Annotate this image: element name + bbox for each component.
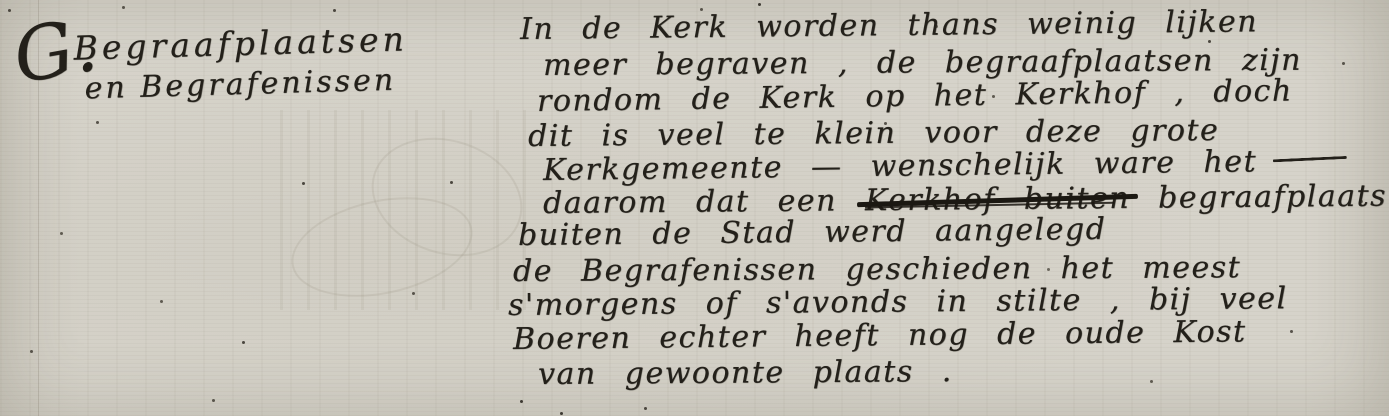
heading-line: Begraafplaatsen (73, 19, 408, 67)
pen-flourish (1273, 156, 1347, 162)
text-line: van gewoonte plaats . (538, 354, 953, 392)
text-line: In de Kerk worden thans weinig lijken (520, 4, 1258, 47)
manuscript-page: G. Begraafplaatsen en Begrafenissen In d… (0, 0, 1389, 416)
text-line: Boeren echter heeft nog de oude Kost (513, 314, 1247, 357)
heading-line: en Begrafenissen (84, 62, 409, 106)
ink-speckles (0, 0, 3, 3)
text-segment: begraafplaats (1130, 179, 1387, 216)
text-line: buiten de Stad werd aangelegd (518, 212, 1107, 253)
watermark-curve (282, 182, 482, 312)
manuscript-text: In de Kerk worden thans weinig lijken me… (505, 0, 1389, 416)
section-heading: Begraafplaatsen en Begrafenissen (73, 19, 409, 106)
